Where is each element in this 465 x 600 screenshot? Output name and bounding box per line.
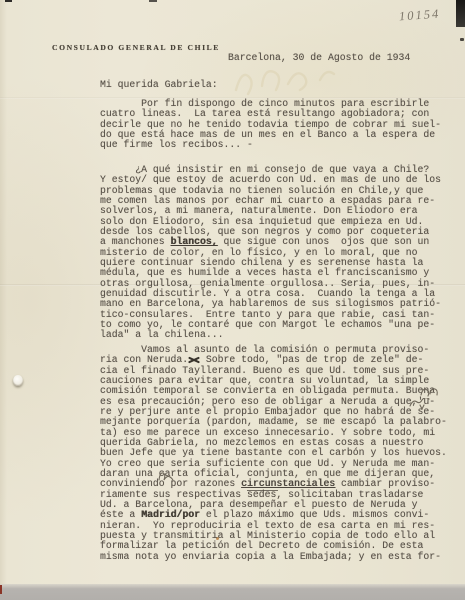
scan-artifact xyxy=(456,0,465,27)
scan-artifact xyxy=(5,0,12,2)
scan-background xyxy=(0,584,465,600)
scan-artifact xyxy=(0,585,2,594)
overline-sedes xyxy=(247,490,278,491)
ink-strikeout-mark xyxy=(189,355,199,364)
letterhead-text: CONSULADO GENERAL DE CHILE xyxy=(52,43,220,52)
letter-paper: CONSULADO GENERAL DE CHILE 10154 Barcelo… xyxy=(0,0,465,584)
scan-artifact xyxy=(149,0,157,2)
punch-hole xyxy=(13,375,23,386)
underlined-word-circunstanciales: circunstanciales xyxy=(241,479,335,489)
salutation: Mi querida Gabriela: xyxy=(100,80,218,90)
letter-paragraph-1: Por fin dispongo de cinco minutos para e… xyxy=(100,99,441,151)
pencil-correction-ju xyxy=(419,386,439,397)
overstruck-word-madrid: Madrid/por xyxy=(141,510,200,520)
underlined-word-blancos: blancos, xyxy=(171,237,218,247)
dateline: Barcelona, 30 de Agosto de 1934 xyxy=(228,53,410,63)
pencil-correction-les xyxy=(157,471,175,482)
letter-paragraph-3: Vamos al asunto de la comisión o permuta… xyxy=(100,345,447,562)
scan-artifact xyxy=(460,38,464,41)
pencil-archive-number: 10154 xyxy=(399,7,441,25)
letter-paragraph-2: ¿A qué insistir en mi consejo de que vay… xyxy=(100,165,441,341)
pencil-insertion-mark xyxy=(408,398,434,410)
